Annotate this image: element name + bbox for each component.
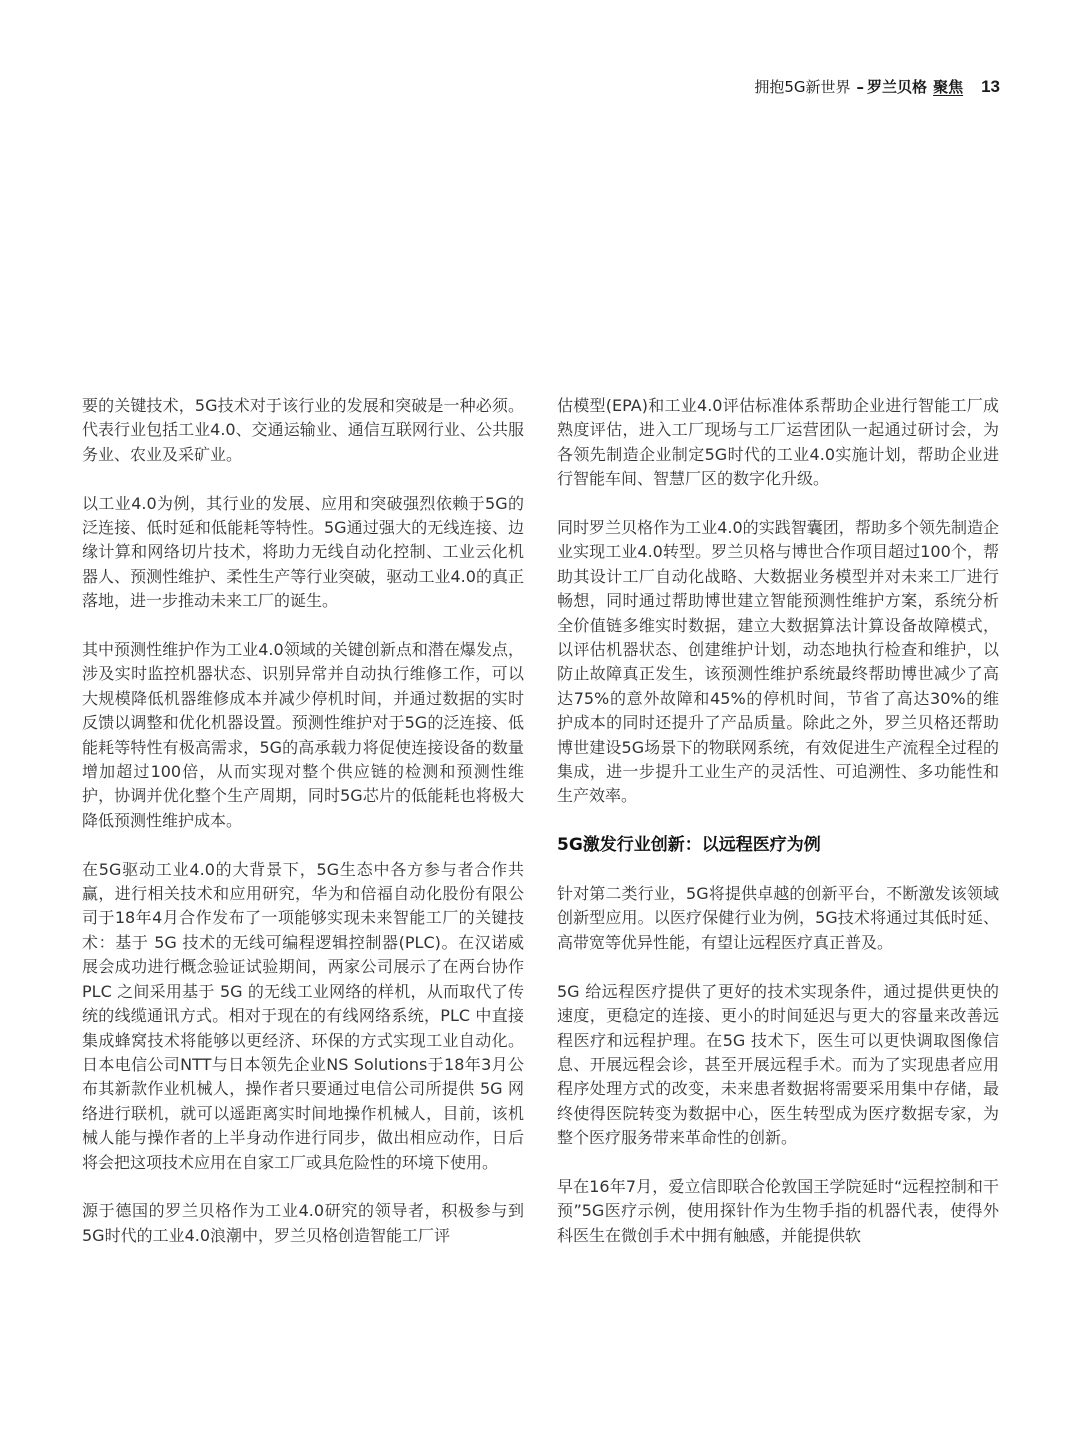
right-column: 估模型(EPA)和工业4.0评估标准体系帮助企业进行智能工厂成熟度评估，进入工厂…	[557, 394, 999, 1248]
paragraph: 针对第二类行业，5G将提供卓越的创新平台，不断激发该领域创新型应用。以医疗保健行…	[557, 882, 999, 955]
paragraph: 早在16年7月，爱立信即联合伦敦国王学院延时“远程控制和干预”5G医疗示例，使用…	[557, 1175, 999, 1248]
paragraph: 5G 给远程医疗提供了更好的技术实现条件，通过提供更快的速度，更稳定的连接、更小…	[557, 980, 999, 1151]
paragraph: 估模型(EPA)和工业4.0评估标准体系帮助企业进行智能工厂成熟度评估，进入工厂…	[557, 394, 999, 492]
brand-name: 罗兰贝格	[867, 76, 927, 98]
running-header: 拥抱5G新世界 – 罗兰贝格 聚焦 13	[754, 76, 1000, 98]
page-number: 13	[981, 76, 1000, 98]
paragraph: 源于德国的罗兰贝格作为工业4.0研究的领导者，积极参与到5G时代的工业4.0浪潮…	[82, 1199, 524, 1248]
paragraph: 要的关键技术，5G技术对于该行业的发展和突破是一种必须。代表行业包括工业4.0、…	[82, 394, 524, 467]
header-dash: –	[857, 76, 865, 98]
paragraph: 以工业4.0为例，其行业的发展、应用和突破强烈依赖于5G的泛连接、低时延和低能耗…	[82, 492, 524, 614]
paragraph: 其中预测性维护作为工业4.0领域的关键创新点和潜在爆发点，涉及实时监控机器状态、…	[82, 638, 524, 833]
paragraph: 在5G驱动工业4.0的大背景下，5G生态中各方参与者合作共赢，进行相关技术和应用…	[82, 858, 524, 1175]
section-heading: 5G激发行业创新：以远程医疗为例	[557, 833, 999, 857]
left-column: 要的关键技术，5G技术对于该行业的发展和突破是一种必须。代表行业包括工业4.0、…	[82, 394, 524, 1248]
publication-title: 拥抱5G新世界	[754, 76, 850, 98]
paragraph: 同时罗兰贝格作为工业4.0的实践智囊团，帮助多个领先制造企业实现工业4.0转型。…	[557, 516, 999, 809]
section-label: 聚焦	[933, 76, 963, 98]
